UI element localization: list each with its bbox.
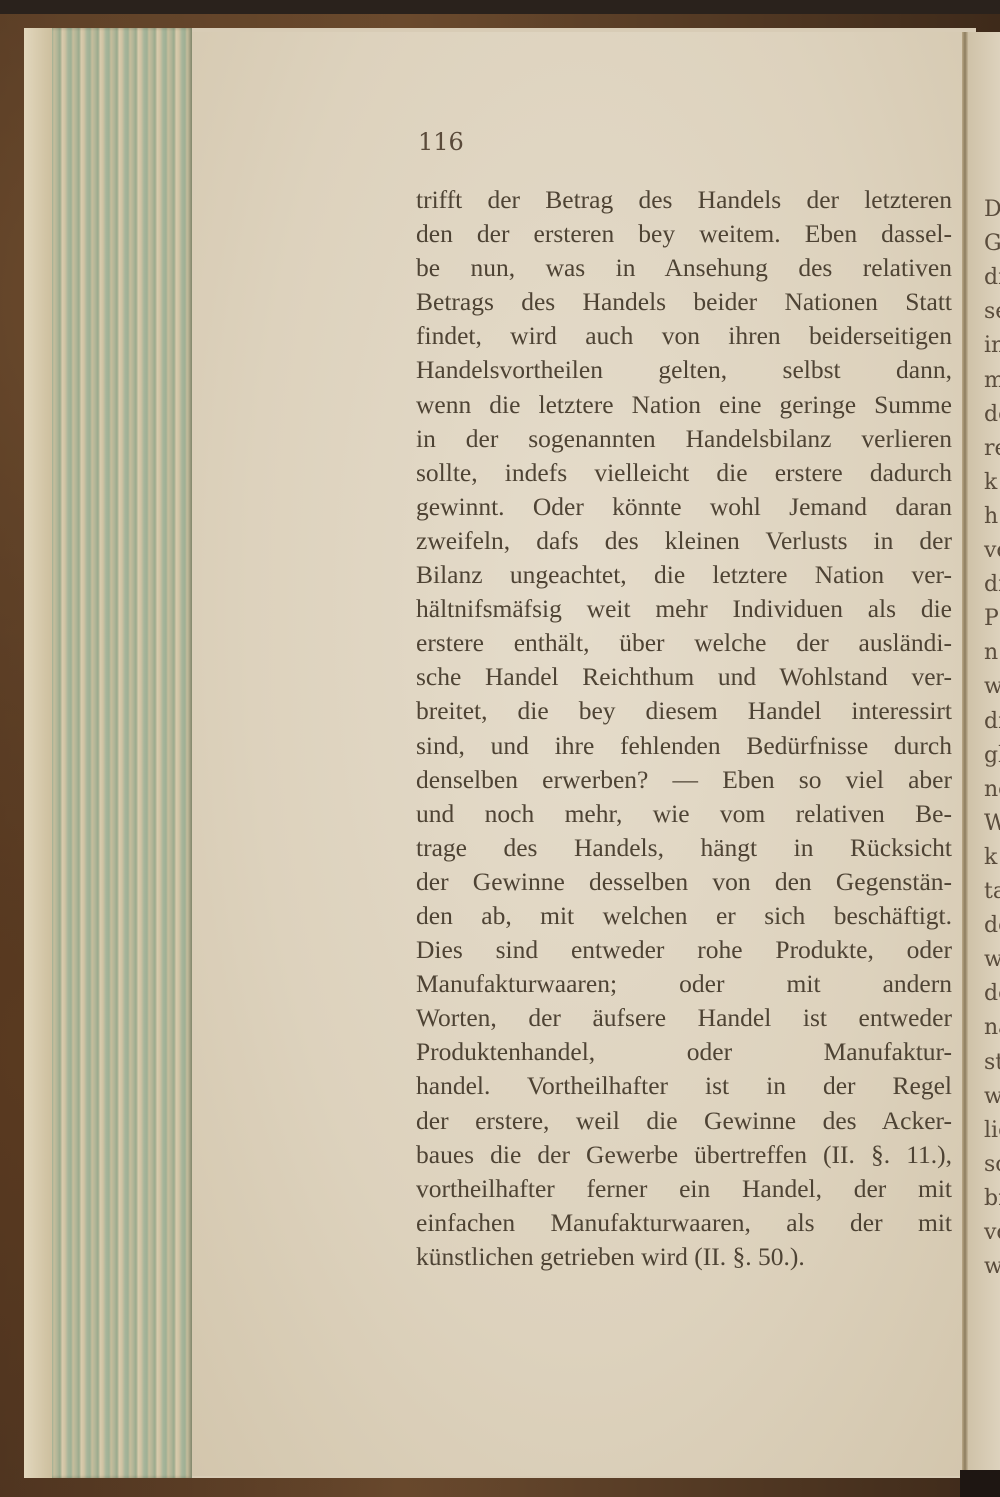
- next-page-fragment: w: [984, 1084, 1000, 1109]
- next-page-fragment: w: [984, 947, 1000, 972]
- text-line: sollte, indefs vielleicht die erstere da…: [416, 456, 952, 490]
- text-line: baues die der Gewerbe übertreffen (II. §…: [416, 1138, 952, 1172]
- body-text: trifft der Betrag des Handels der letzte…: [416, 183, 952, 1274]
- next-page-fragment: k: [984, 845, 997, 870]
- text-line: Produktenhandel, oder Manufaktur-: [416, 1035, 952, 1069]
- next-page-fragment: di: [984, 265, 1000, 290]
- text-line: sche Handel Reichthum und Wohlstand ver-: [416, 660, 952, 694]
- background-top: [0, 0, 1000, 14]
- next-page-fragment: se: [984, 299, 1000, 324]
- next-page-fragment: sc: [984, 1152, 1000, 1177]
- text-line: Worten, der äufsere Handel ist entweder: [416, 1001, 952, 1035]
- text-line: einfachen Manufakturwaaren, als der mit: [416, 1206, 952, 1240]
- next-page-fragment: k: [984, 470, 997, 495]
- next-page-fragment: w: [984, 674, 1000, 699]
- text-line: sind, und ihre fehlenden Bedürfnisse dur…: [416, 729, 952, 763]
- text-line: vortheilhafter ferner ein Handel, der mi…: [416, 1172, 952, 1206]
- text-line: erstere enthält, über welche der ausländ…: [416, 626, 952, 660]
- next-page-fragment: no: [984, 777, 1000, 802]
- next-page-fragment: de: [984, 402, 1000, 427]
- text-line: findet, wird auch von ihren beiderseitig…: [416, 319, 952, 353]
- next-page-fragment: gl: [984, 743, 1000, 768]
- text-line: künstlichen getrieben wird (II. §. 50.).: [416, 1240, 952, 1274]
- text-line: wenn die letztere Nation eine geringe Su…: [416, 388, 952, 422]
- next-page-fragment: ta: [984, 879, 1000, 904]
- text-line: trage des Handels, hängt in Rücksicht: [416, 831, 952, 865]
- text-line: trifft der Betrag des Handels der letzte…: [416, 183, 952, 217]
- next-page-fragment: G: [984, 231, 1000, 256]
- text-line: be nun, was in Ansehung des relativen: [416, 251, 952, 285]
- next-page-fragment: re: [984, 436, 1000, 461]
- text-line: der erstere, weil die Gewinne des Acker-: [416, 1104, 952, 1138]
- text-line: gewinnt. Oder könnte wohl Jemand daran: [416, 490, 952, 524]
- text-line: zweifeln, dafs des kleinen Verlusts in d…: [416, 524, 952, 558]
- text-line: handel. Vortheilhafter ist in der Regel: [416, 1069, 952, 1103]
- text-line: Bilanz ungeachtet, die letztere Nation v…: [416, 558, 952, 592]
- text-line: denselben erwerben? — Eben so viel aber: [416, 763, 952, 797]
- next-page-fragment: de: [984, 913, 1000, 938]
- text-line: den ab, mit welchen er sich beschäftigt.: [416, 899, 952, 933]
- next-page-fragment: h: [984, 504, 998, 529]
- next-page-fragment: stä: [984, 1050, 1000, 1075]
- next-page-fragment: P: [984, 606, 999, 631]
- text-line: Dies sind entweder rohe Produkte, oder: [416, 933, 952, 967]
- next-page-fragment: vo: [984, 1220, 1000, 1245]
- next-page-fragment: di: [984, 572, 1000, 597]
- text-line: hältnifsmäfsig weit mehr Individuen als …: [416, 592, 952, 626]
- text-line: Manufakturwaaren; oder mit andern: [416, 967, 952, 1001]
- page-edges-light: [24, 28, 52, 1478]
- next-page-fragment: de: [984, 981, 1000, 1006]
- next-page-fragment: lic: [984, 1118, 1000, 1143]
- text-line: den der ersteren bey weitem. Eben dassel…: [416, 217, 952, 251]
- next-page-fragment: vo: [984, 538, 1000, 563]
- text-line: in der sogenannten Handelsbilanz verlier…: [416, 422, 952, 456]
- shadow: [960, 1470, 1000, 1497]
- page-number: 116: [418, 128, 464, 156]
- next-page-fragment: br: [984, 1186, 1000, 1211]
- next-page-fragment: di: [984, 709, 1000, 734]
- next-page-fragment: n: [984, 640, 998, 665]
- next-page-fragment: in: [984, 333, 1000, 358]
- next-page-fragment: W: [984, 811, 1000, 836]
- next-page-fragment: m: [984, 368, 1000, 393]
- text-line: breitet, die bey diesem Handel interessi…: [416, 694, 952, 728]
- text-line: Handelsvortheilen gelten, selbst dann,: [416, 353, 952, 387]
- next-page-fragment: we: [984, 1254, 1000, 1279]
- next-page-fragment: D: [984, 197, 1000, 222]
- text-line: der Gewinne desselben von den Gegenstän-: [416, 865, 952, 899]
- next-page-edge: DGdiseinmderekhvodiPnwdiglnoWktadewdenäs…: [968, 32, 1000, 1476]
- text-line: und noch mehr, wie vom relativen Be-: [416, 797, 952, 831]
- next-page-fragment: nä: [984, 1015, 1000, 1040]
- text-line: Betrags des Handels beider Nationen Stat…: [416, 285, 952, 319]
